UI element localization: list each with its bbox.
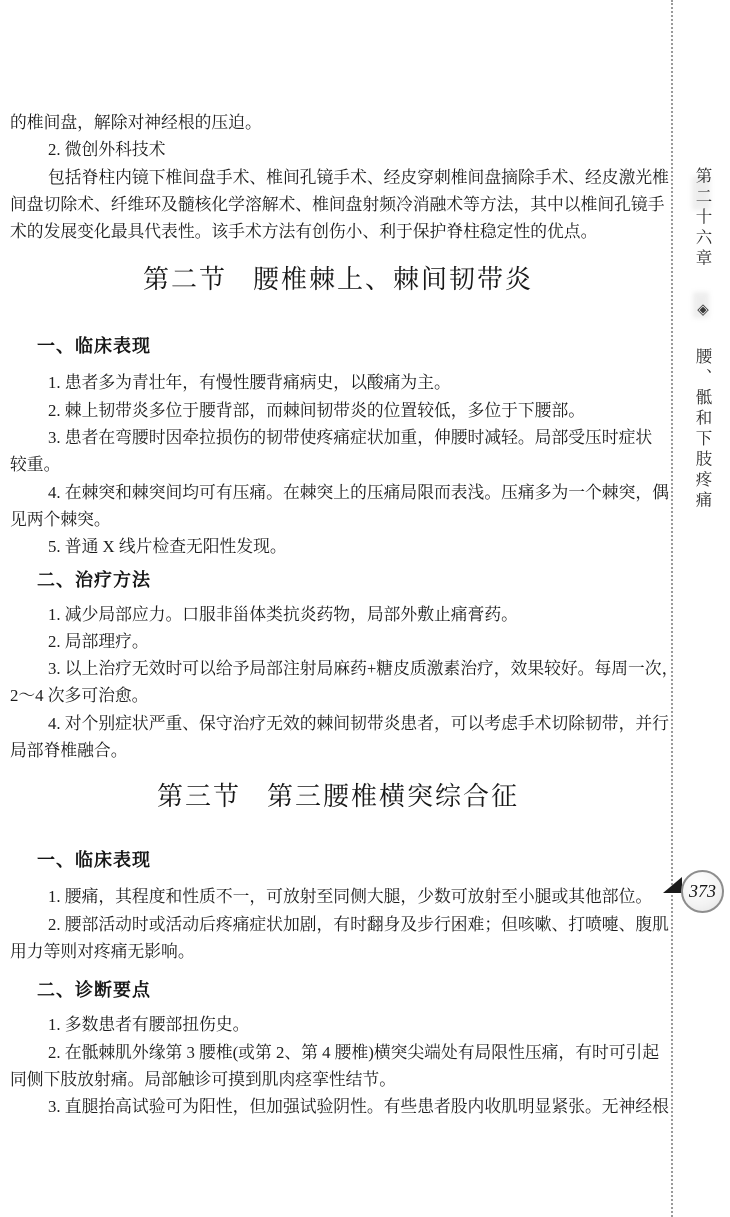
text-line: 见两个棘突。	[10, 506, 666, 533]
text-line: 局部脊椎融合。	[10, 737, 666, 764]
page-number-badge: 373	[681, 870, 724, 913]
subsection-heading: 一、临床表现	[10, 333, 666, 359]
text-line: 的椎间盘，解除对神经根的压迫。	[10, 109, 666, 136]
list-item: 3. 直腿抬高试验可为阳性，但加强试验阴性。有些患者股内收肌明显紧张。无神经根	[10, 1093, 666, 1120]
numbered-subheading: 2. 微创外科技术	[10, 136, 666, 163]
list-item: 2. 腰部活动时或活动后疼痛症状加剧，有时翻身及步行困难；但咳嗽、打喷嚏、腹肌	[10, 911, 666, 938]
list-item: 5. 普通 X 线片检查无阳性发现。	[10, 533, 666, 560]
main-text-column: 的椎间盘，解除对神经根的压迫。 2. 微创外科技术 包括脊柱内镜下椎间盘手术、椎…	[10, 0, 666, 1120]
list-item: 2. 在骶棘肌外缘第 3 腰椎(或第 2、第 4 腰椎)横突尖端处有局限性压痛，…	[10, 1039, 666, 1066]
section-number: 第三节	[157, 778, 241, 816]
subsection-heading: 一、临床表现	[10, 847, 666, 873]
diamond-icon: ◈	[694, 300, 710, 318]
section-heading: 第二节 腰椎棘上、棘间韧带炎	[10, 261, 666, 299]
section-title: 腰椎棘上、棘间韧带炎	[253, 261, 533, 299]
sidebar-chapter-label: 第二十六章	[693, 167, 712, 270]
subsection-heading: 二、治疗方法	[10, 567, 666, 593]
chapter-sidebar: 第二十六章 ◈ 腰、骶和下肢疼痛	[690, 167, 714, 512]
list-item: 4. 对个别症状严重、保守治疗无效的棘间韧带炎患者，可以考虑手术切除韧带，并行	[10, 710, 666, 737]
page-number: 373	[689, 881, 716, 902]
list-item: 3. 患者在弯腰时因牵拉损伤的韧带使疼痛症状加重，伸腰时减轻。局部受压时症状	[10, 424, 666, 451]
subsection-heading: 二、诊断要点	[10, 977, 666, 1003]
list-item: 2. 局部理疗。	[10, 628, 666, 655]
section-title: 第三腰椎横突综合征	[267, 778, 519, 816]
margin-dotted-divider	[671, 0, 673, 1217]
text-line: 用力等则对疼痛无影响。	[10, 938, 666, 965]
sidebar-title-label: 腰、骶和下肢疼痛	[693, 348, 712, 512]
list-item: 1. 患者多为青壮年，有慢性腰背痛病史，以酸痛为主。	[10, 369, 666, 396]
list-item: 1. 多数患者有腰部扭伤史。	[10, 1011, 666, 1038]
list-item: 4. 在棘突和棘突间均可有压痛。在棘突上的压痛局限而表浅。压痛多为一个棘突，偶	[10, 479, 666, 506]
text-line: 同侧下肢放射痛。局部触诊可摸到肌肉痉挛性结节。	[10, 1066, 666, 1093]
section-number: 第二节	[143, 261, 227, 299]
text-line: 间盘切除术、纤维环及髓核化学溶解术、椎间盘射频冷消融术等方法，其中以椎间孔镜手	[10, 191, 666, 218]
list-item: 2. 棘上韧带炎多位于腰背部，而棘间韧带炎的位置较低，多位于下腰部。	[10, 397, 666, 424]
text-line: 术的发展变化最具代表性。该手术方法有创伤小、利于保护脊柱稳定性的优点。	[10, 218, 666, 245]
text-line: 较重。	[10, 451, 666, 478]
list-item: 1. 减少局部应力。口服非甾体类抗炎药物，局部外敷止痛膏药。	[10, 601, 666, 628]
text-line: 2～4 次多可治愈。	[10, 682, 666, 709]
text-line: 包括脊柱内镜下椎间盘手术、椎间孔镜手术、经皮穿刺椎间盘摘除手术、经皮激光椎	[10, 164, 666, 191]
section-heading: 第三节 第三腰椎横突综合征	[10, 778, 666, 816]
book-page: 第二十六章 ◈ 腰、骶和下肢疼痛 373 的椎间盘，解除对神经根的压迫。 2. …	[0, 0, 730, 1217]
list-item: 3. 以上治疗无效时可以给予局部注射局麻药+糖皮质激素治疗，效果较好。每周一次，	[10, 655, 666, 682]
list-item: 1. 腰痛，其程度和性质不一，可放射至同侧大腿，少数可放射至小腿或其他部位。	[10, 883, 666, 910]
